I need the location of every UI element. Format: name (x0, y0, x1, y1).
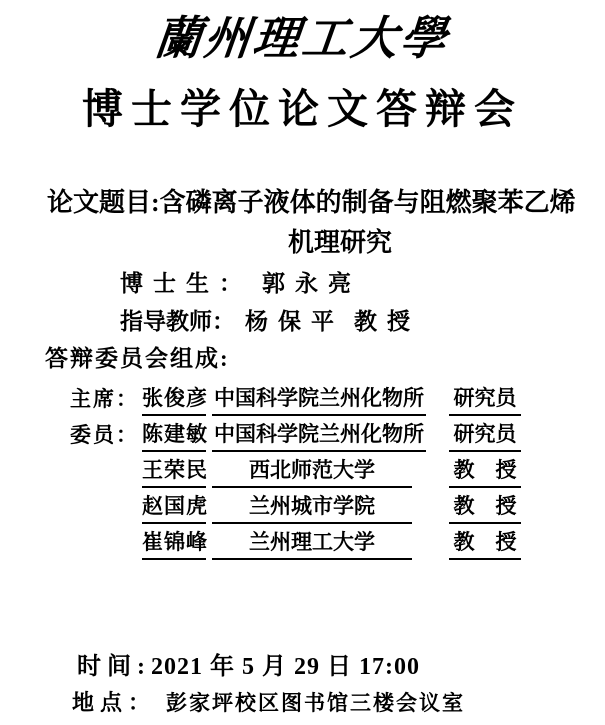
doctoral-student-line: 博士生：郭永亮 (120, 265, 361, 298)
committee-member-title: 教 授 (449, 454, 521, 488)
committee-member-name: 陈建敏 (142, 418, 206, 452)
defense-location-line: 地点：彭家坪校区图书馆三楼会议室 (72, 686, 465, 717)
doctoral-student-name: 郭永亮 (262, 271, 361, 296)
committee-member-affiliation: 中国科学院兰州化物所 (212, 382, 426, 416)
advisor-name: 杨保平 (245, 309, 344, 334)
committee-row-member: 崔锦峰 兰州理工大学 教 授 (0, 524, 605, 560)
committee-row-member: 王荣民 西北师范大学 教 授 (0, 452, 605, 488)
committee-member-name: 赵国虎 (142, 490, 206, 524)
committee-member-title: 教 授 (449, 526, 521, 560)
committee-member-name: 崔锦峰 (142, 526, 206, 560)
committee-member-affiliation: 西北师范大学 (212, 454, 412, 488)
committee-member-name: 王荣民 (142, 454, 206, 488)
committee-row-chair: 主席： 张俊彦 中国科学院兰州化物所 研究员 (0, 380, 605, 416)
time-label: 时间: (77, 654, 151, 680)
doctoral-student-label: 博士生： (120, 271, 252, 296)
committee-role-label (70, 557, 142, 560)
committee-member-title: 教 授 (449, 490, 521, 524)
committee-row-member: 委员： 陈建敏 中国科学院兰州化物所 研究员 (0, 416, 605, 452)
committee-role-label: 主席： (70, 383, 142, 416)
committee-member-affiliation: 兰州理工大学 (212, 526, 412, 560)
time-value: 2021 年 5 月 29 日 17:00 (151, 654, 420, 680)
defense-announcement-document: 蘭州理工大學 博士学位论文答辩会 论文题目:含磷离子液体的制备与阻燃聚苯乙烯 机… (0, 0, 605, 725)
committee-member-title: 研究员 (449, 382, 521, 416)
thesis-title-line2: 机理研究 (288, 222, 392, 259)
committee-role-label (70, 521, 142, 524)
location-label: 地点： (72, 690, 156, 715)
committee-role-label (70, 485, 142, 488)
thesis-title-line1: 论文题目:含磷离子液体的制备与阻燃聚苯乙烯 (47, 182, 576, 219)
committee-member-affiliation: 兰州城市学院 (212, 490, 412, 524)
event-title: 博士学位论文答辩会 (0, 76, 605, 135)
committee-member-title: 研究员 (449, 418, 521, 452)
committee-member-affiliation: 中国科学院兰州化物所 (212, 418, 426, 452)
advisor-label: 指导教师： (120, 309, 235, 334)
advisor-line: 指导教师：杨保平教授 (120, 303, 420, 336)
advisor-title: 教授 (354, 309, 420, 334)
university-logo-calligraphy: 蘭州理工大學 (0, 2, 605, 68)
committee-member-name: 张俊彦 (142, 382, 206, 416)
committee-role-label: 委员： (70, 419, 142, 452)
committee-row-member: 赵国虎 兰州城市学院 教 授 (0, 488, 605, 524)
committee-section-heading: 答辩委员会组成: (45, 340, 230, 373)
location-value: 彭家坪校区图书馆三楼会议室 (166, 691, 465, 715)
committee-table: 主席： 张俊彦 中国科学院兰州化物所 研究员 委员： 陈建敏 中国科学院兰州化物… (0, 380, 605, 560)
defense-time-line: 时间:2021 年 5 月 29 日 17:00 (77, 646, 420, 681)
